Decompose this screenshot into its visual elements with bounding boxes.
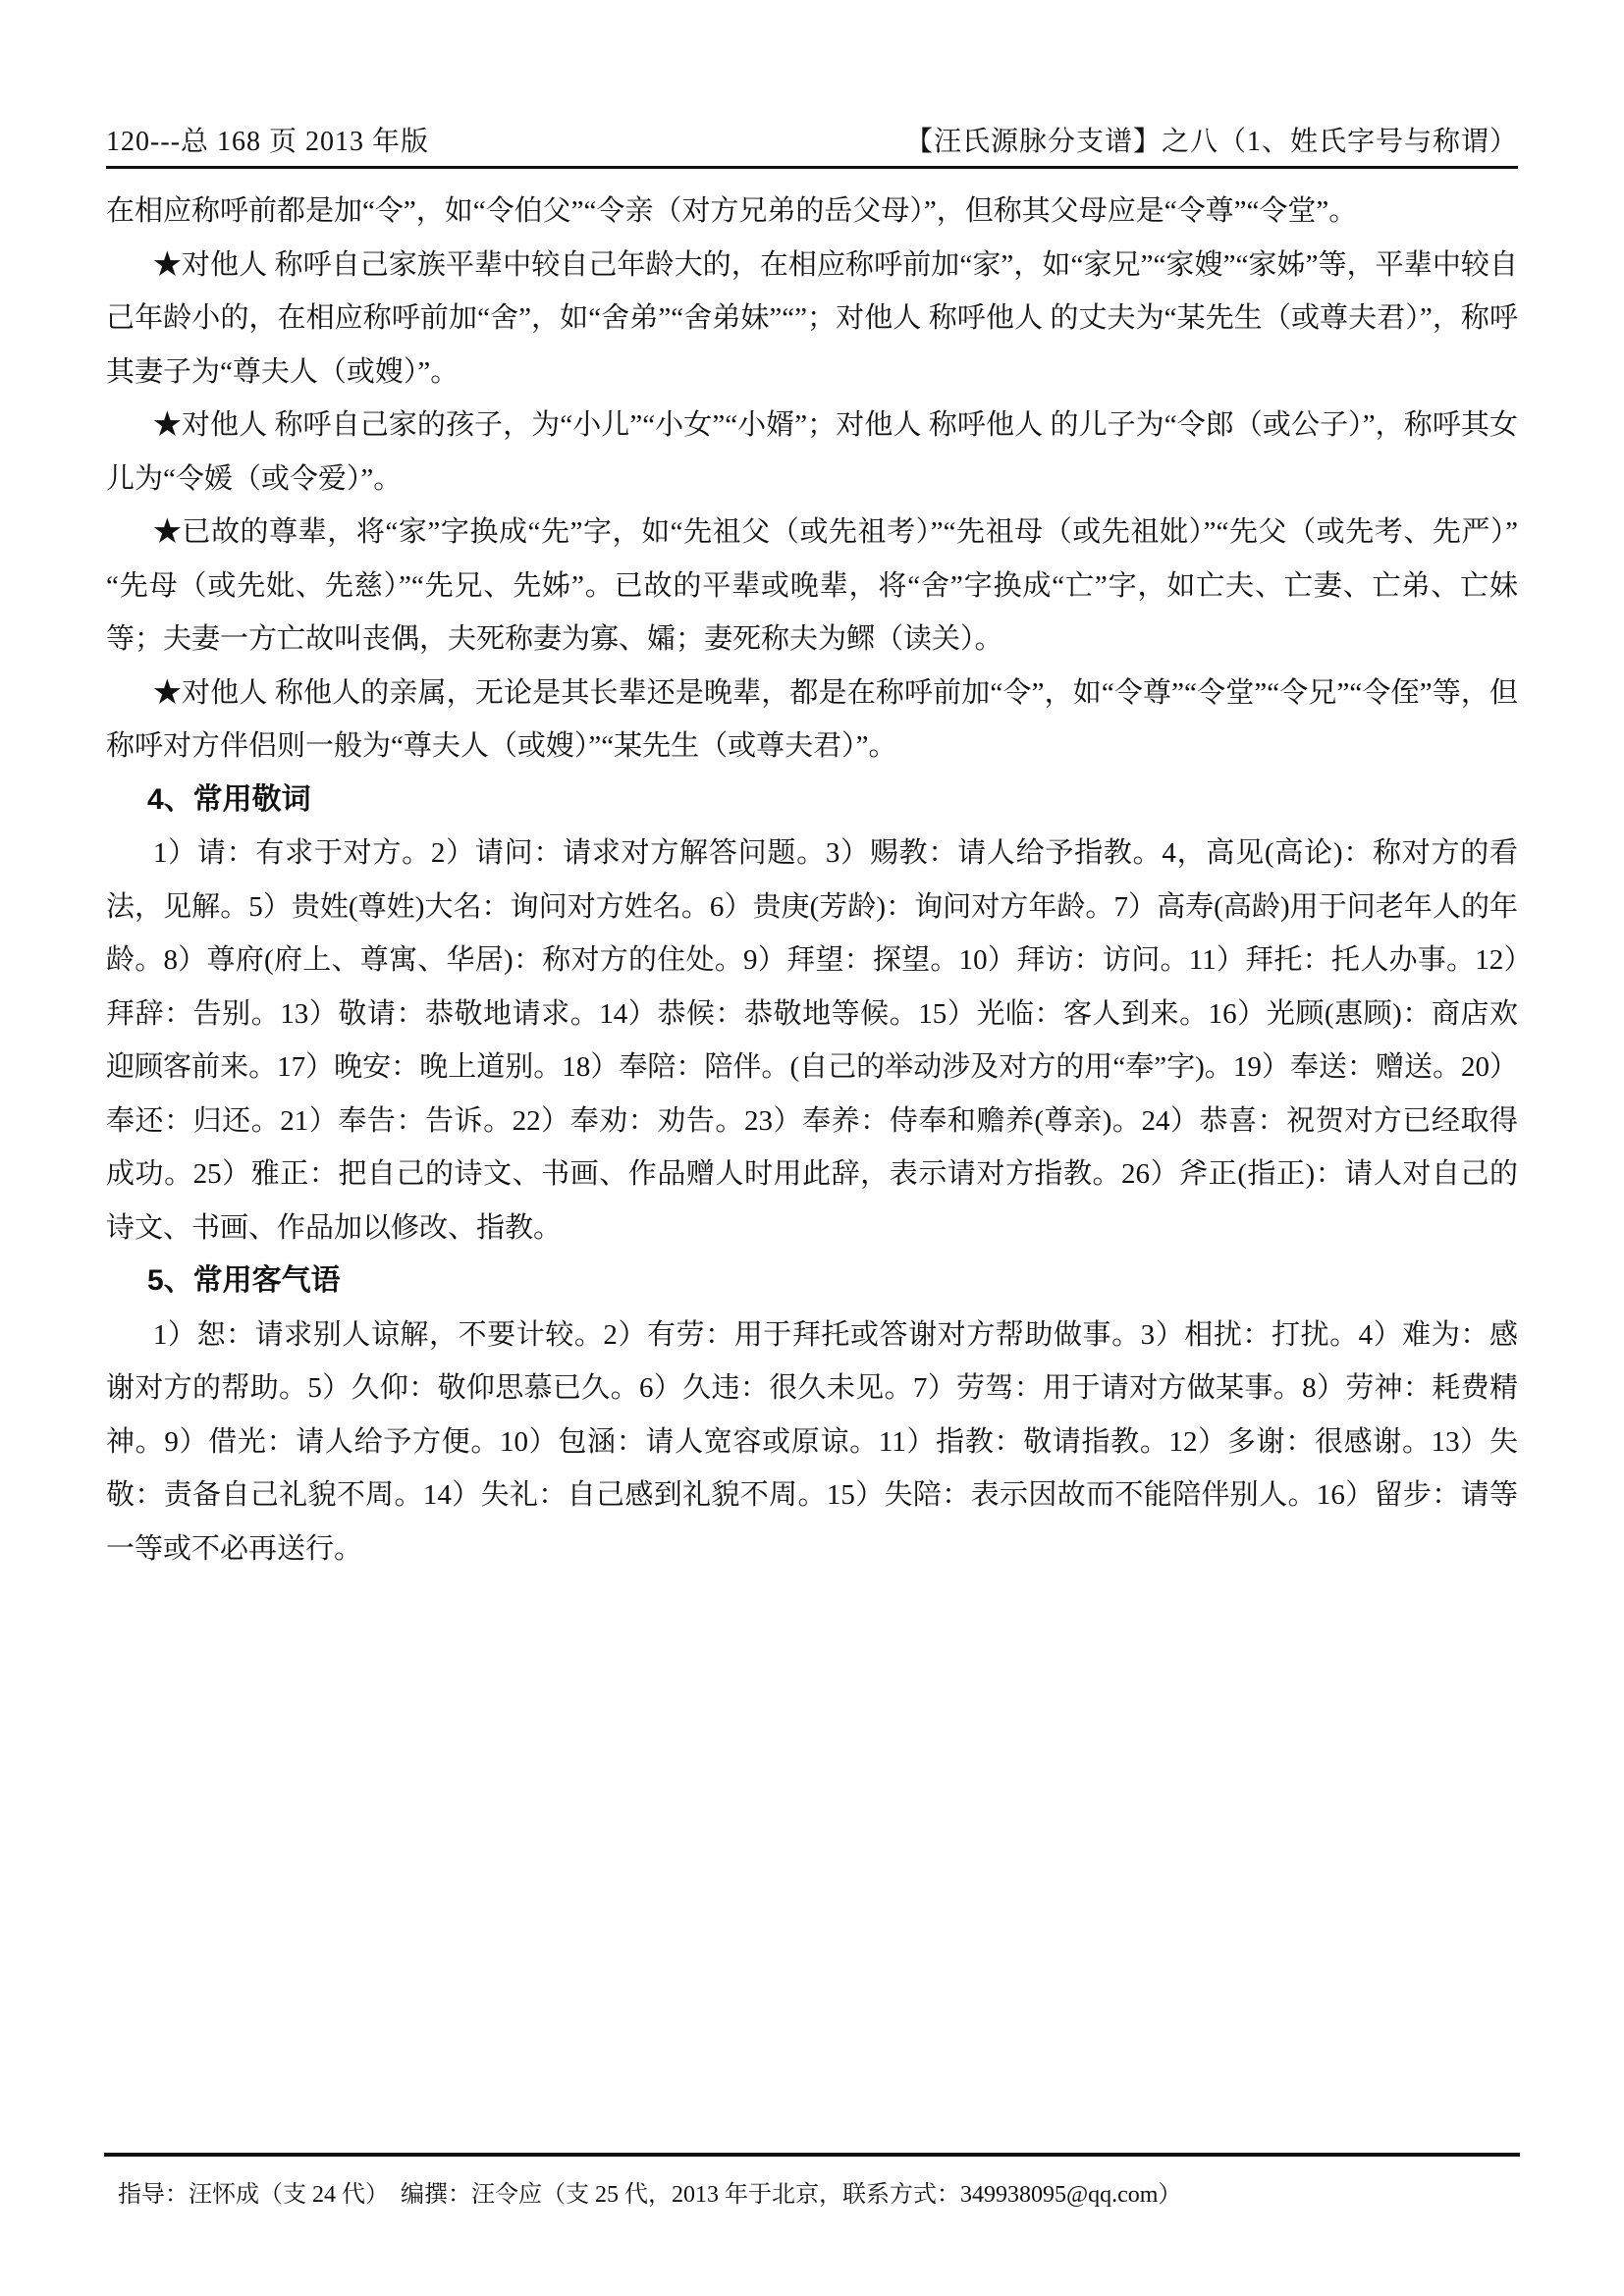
paragraph-continuation: 在相应称呼前都是加“令”，如“令伯父”“令亲（对方兄弟的岳父母）”，但称其父母应… (106, 185, 1518, 239)
document-page: 120---总 168 页 2013 年版 【汪氏源脉分支谱】之八（1、姓氏字号… (0, 0, 1624, 2296)
page-header: 120---总 168 页 2013 年版 【汪氏源脉分支谱】之八（1、姓氏字号… (106, 120, 1518, 159)
document-body: 在相应称呼前都是加“令”，如“令伯父”“令亲（对方兄弟的岳父母）”，但称其父母应… (106, 185, 1518, 1575)
paragraph-star-family-elder: ★对他人 称呼自己家族平辈中较自己年龄大的，在相应称呼前加“家”，如“家兄”“家… (106, 239, 1518, 400)
paragraph-star-deceased: ★已故的尊辈，将“家”字换成“先”字，如“先祖父（或先祖考）”“先祖母（或先祖妣… (106, 506, 1518, 667)
paragraph-polite-phrases-list: 1）恕：请求别人谅解，不要计较。2）有劳：用于拜托或答谢对方帮助做事。3）相扰：… (106, 1308, 1518, 1576)
section-heading-honorifics: 4、常用敬词 (106, 774, 1518, 828)
paragraph-star-others-relatives: ★对他人 称他人的亲属，无论是其长辈还是晚辈，都是在称呼前加“令”，如“令尊”“… (106, 667, 1518, 774)
footer-divider (104, 2153, 1520, 2157)
section-heading-polite-phrases: 5、常用客气语 (106, 1255, 1518, 1308)
header-divider (106, 166, 1518, 169)
paragraph-star-children: ★对他人 称呼自己家的孩子，为“小儿”“小女”“小婿”；对他人 称呼他人 的儿子… (106, 399, 1518, 506)
page-footer: 指导：汪怀成（支 24 代） 编撰：汪令应（支 25 代，2013 年于北京，联… (118, 2175, 1512, 2215)
book-title: 【汪氏源脉分支谱】之八（1、姓氏字号与称谓） (905, 120, 1518, 159)
page-number-edition: 120---总 168 页 2013 年版 (106, 120, 429, 159)
paragraph-honorifics-list: 1）请：有求于对方。2）请问：请求对方解答问题。3）赐教：请人给予指教。4，高见… (106, 827, 1518, 1255)
